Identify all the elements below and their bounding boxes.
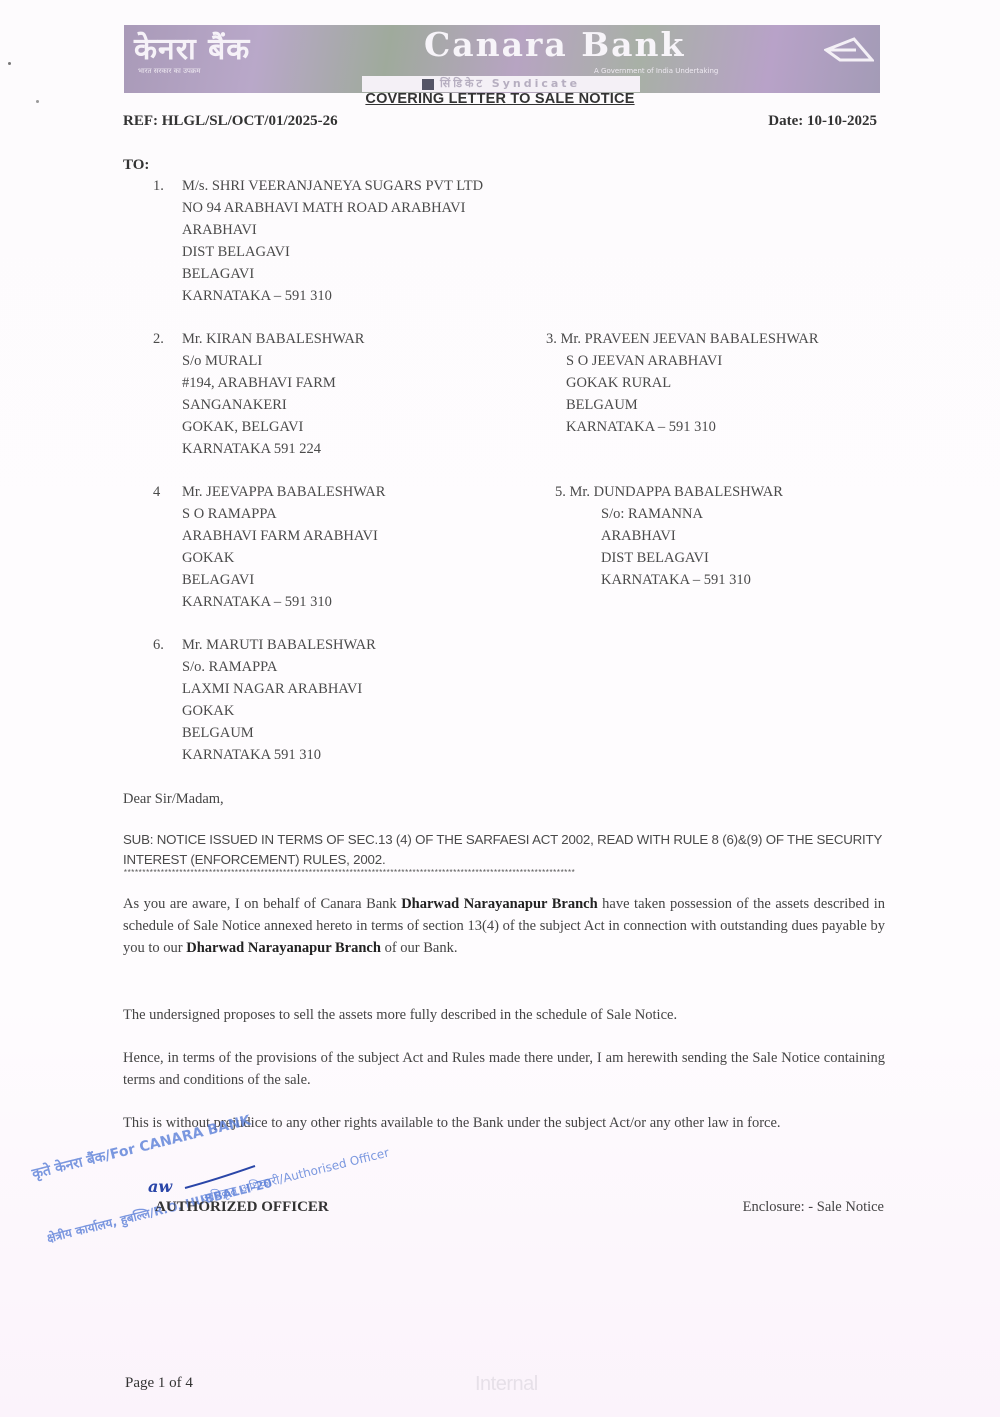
address-line: BELGAUM <box>566 394 819 416</box>
addressee-address: 5. Mr. DUNDAPPA BABALESHWARS/o: RAMANNAA… <box>601 481 783 591</box>
syndicate-logo-icon <box>422 79 434 90</box>
branch-name: Dharwad Narayanapur Branch <box>401 896 597 912</box>
branch-name: Dharwad Narayanapur Branch <box>186 940 381 956</box>
addressee-name: 3. Mr. PRAVEEN JEEVAN BABALESHWAR <box>546 328 819 350</box>
address-line: KARNATAKA 591 310 <box>182 744 376 766</box>
letter-date: Date: 10-10-2025 <box>768 113 877 130</box>
addressee-number: 4 <box>153 481 160 503</box>
addressee-address: Mr. MARUTI BABALESHWARS/o. RAMAPPALAXMI … <box>182 634 376 766</box>
address-line: S/o: RAMANNA <box>601 503 783 525</box>
address-line: S/o MURALI <box>182 350 364 372</box>
address-line: ARABHAVI <box>601 525 783 547</box>
bank-tagline-english: A Government of India Undertaking <box>594 67 718 75</box>
addressee-address: Mr. JEEVAPPA BABALESHWARS O RAMAPPAARABH… <box>182 481 385 613</box>
address-line: #194, ARABHAVI FARM <box>182 372 364 394</box>
address-line: DIST BELAGAVI <box>182 241 483 263</box>
addressee-name: Mr. JEEVAPPA BABALESHWAR <box>182 481 385 503</box>
classification-label: Internal <box>475 1373 538 1396</box>
addressee-name: Mr. KIRAN BABALESHWAR <box>182 328 364 350</box>
address-line: ARABHAVI FARM ARABHAVI <box>182 525 385 547</box>
page-number: Page 1 of 4 <box>125 1375 193 1392</box>
subject-line: SUB: NOTICE ISSUED IN TERMS OF SEC.13 (4… <box>123 830 885 870</box>
bank-name-english: Canara Bank <box>424 25 685 64</box>
address-line: SANGANAKERI <box>182 394 364 416</box>
syndicate-badge: सिंडिकेट Syndicate <box>362 76 640 92</box>
address-line: KARNATAKA – 591 310 <box>601 569 783 591</box>
address-line: GOKAK, BELGAVI <box>182 416 364 438</box>
address-line: S/o. RAMAPPA <box>182 656 376 678</box>
bank-name-hindi: केनरा बैंक <box>134 27 250 68</box>
address-line: ARABHAVI <box>182 219 483 241</box>
addressee-number: 1. <box>153 175 164 197</box>
address-line: GOKAK RURAL <box>566 372 819 394</box>
address-line: S O RAMAPPA <box>182 503 385 525</box>
reference-number: REF: HLGL/SL/OCT/01/2025-26 <box>123 113 338 130</box>
address-line: BELGAUM <box>182 722 376 744</box>
addressee-address: 3. Mr. PRAVEEN JEEVAN BABALESHWARS O JEE… <box>566 328 819 438</box>
bank-tagline-hindi: भारत सरकार का उपक्रम <box>138 67 200 76</box>
salutation: Dear Sir/Madam, <box>123 788 885 810</box>
address-line: LAXMI NAGAR ARABHAVI <box>182 678 376 700</box>
enclosure-note: Enclosure: - Sale Notice <box>743 1199 884 1216</box>
addressee-name: M/s. SHRI VEERANJANEYA SUGARS PVT LTD <box>182 175 483 197</box>
canara-bank-logo-icon <box>824 33 874 63</box>
address-line: KARNATAKA 591 224 <box>182 438 364 460</box>
separator-line: ****************************************… <box>123 869 885 878</box>
signature: aw <box>148 1177 172 1196</box>
addressee-name: Mr. MARUTI BABALESHWAR <box>182 634 376 656</box>
address-line: NO 94 ARABHAVI MATH ROAD ARABHAVI <box>182 197 483 219</box>
address-line: DIST BELAGAVI <box>601 547 783 569</box>
address-line: S O JEEVAN ARABHAVI <box>566 350 819 372</box>
paragraph-sale-notice: Hence, in terms of the provisions of the… <box>123 1047 885 1091</box>
address-line: BELAGAVI <box>182 263 483 285</box>
address-line: KARNATAKA – 591 310 <box>566 416 819 438</box>
page-title: COVERING LETTER TO SALE NOTICE <box>0 91 1000 107</box>
addressee-name: 5. Mr. DUNDAPPA BABALESHWAR <box>555 481 783 503</box>
paragraph-proposal: The undersigned proposes to sell the ass… <box>123 1004 885 1026</box>
syndicate-badge-text: सिंडिकेट Syndicate <box>440 77 580 90</box>
address-line: GOKAK <box>182 700 376 722</box>
addressee-address: M/s. SHRI VEERANJANEYA SUGARS PVT LTDNO … <box>182 175 483 307</box>
address-line: KARNATAKA – 591 310 <box>182 285 483 307</box>
bank-letterhead-banner: केनरा बैंक भारत सरकार का उपक्रम Canara B… <box>124 25 880 93</box>
addressee-number: 6. <box>153 634 164 656</box>
address-line: GOKAK <box>182 547 385 569</box>
scan-speck <box>8 62 11 65</box>
signatory-title: AUTHORIZED OFFICER <box>155 1199 329 1216</box>
paragraph-possession: As you are aware, I on behalf of Canara … <box>123 893 885 959</box>
address-line: KARNATAKA – 591 310 <box>182 591 385 613</box>
to-label: TO: <box>123 157 149 174</box>
address-line: BELAGAVI <box>182 569 385 591</box>
addressee-address: Mr. KIRAN BABALESHWARS/o MURALI#194, ARA… <box>182 328 364 460</box>
addressee-number: 2. <box>153 328 164 350</box>
